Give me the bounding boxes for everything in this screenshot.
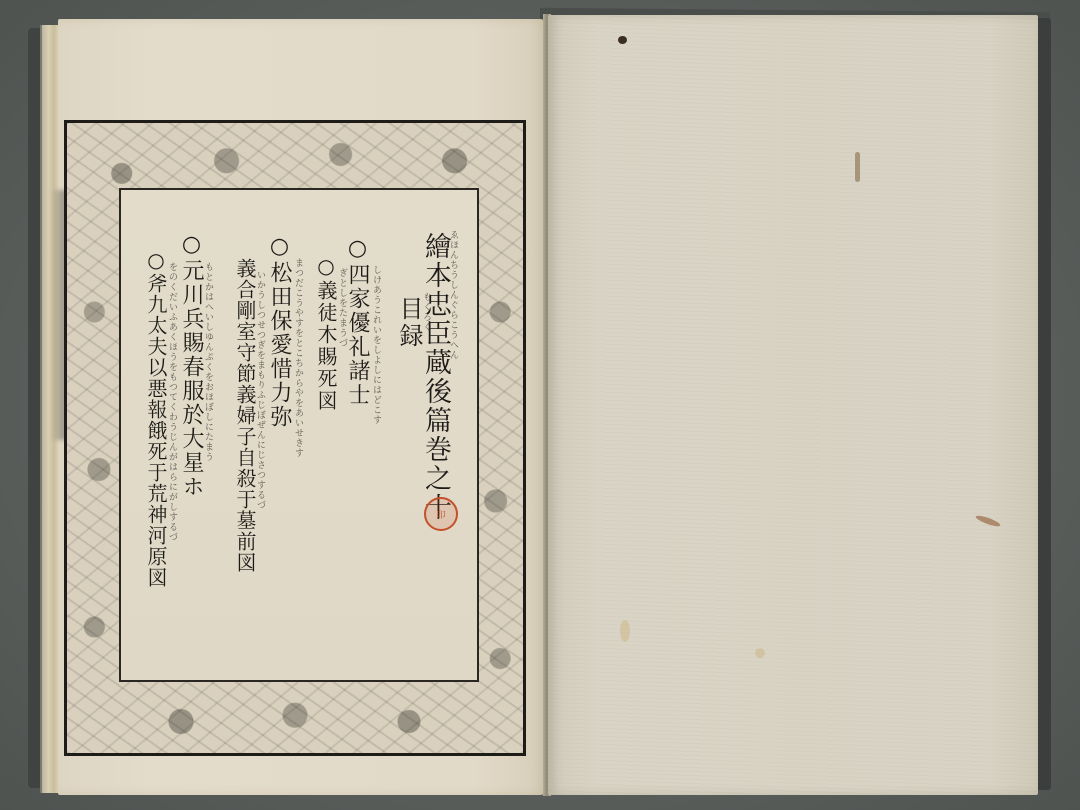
toc-item-4-ruby: いかうしつせつぎをまもりふじぼぜんにじさつするづ [254, 270, 267, 510]
toc-item-3: ○松田保愛惜力弥 [264, 234, 295, 429]
stain-mark [855, 152, 860, 182]
stain-mark [620, 620, 630, 642]
wormhole-spot [618, 36, 627, 44]
stain-mark [755, 648, 765, 658]
red-seal-stamp: 印 [424, 497, 458, 531]
right-page-blank [548, 15, 1038, 795]
toc-item-1-ruby: しけあうこれいをしよしにはどこす [370, 265, 383, 425]
toc-heading: 目録 [392, 296, 427, 350]
toc-item-2-ruby: ぎとしをたまうづ [336, 268, 349, 348]
toc-item-6-ruby: をのくだいふあくほうをもつてくわうじんがはらにがしするづ [166, 262, 179, 542]
toc-item-3-ruby: まつだこうやすをとこちからやをあいせきす [292, 258, 305, 458]
book-title: 繪本忠臣蔵後篇巻之十 [416, 232, 455, 522]
toc-item-5-ruby: もとかはへいしゆんぷくをおほぼしにたまう [202, 262, 215, 462]
